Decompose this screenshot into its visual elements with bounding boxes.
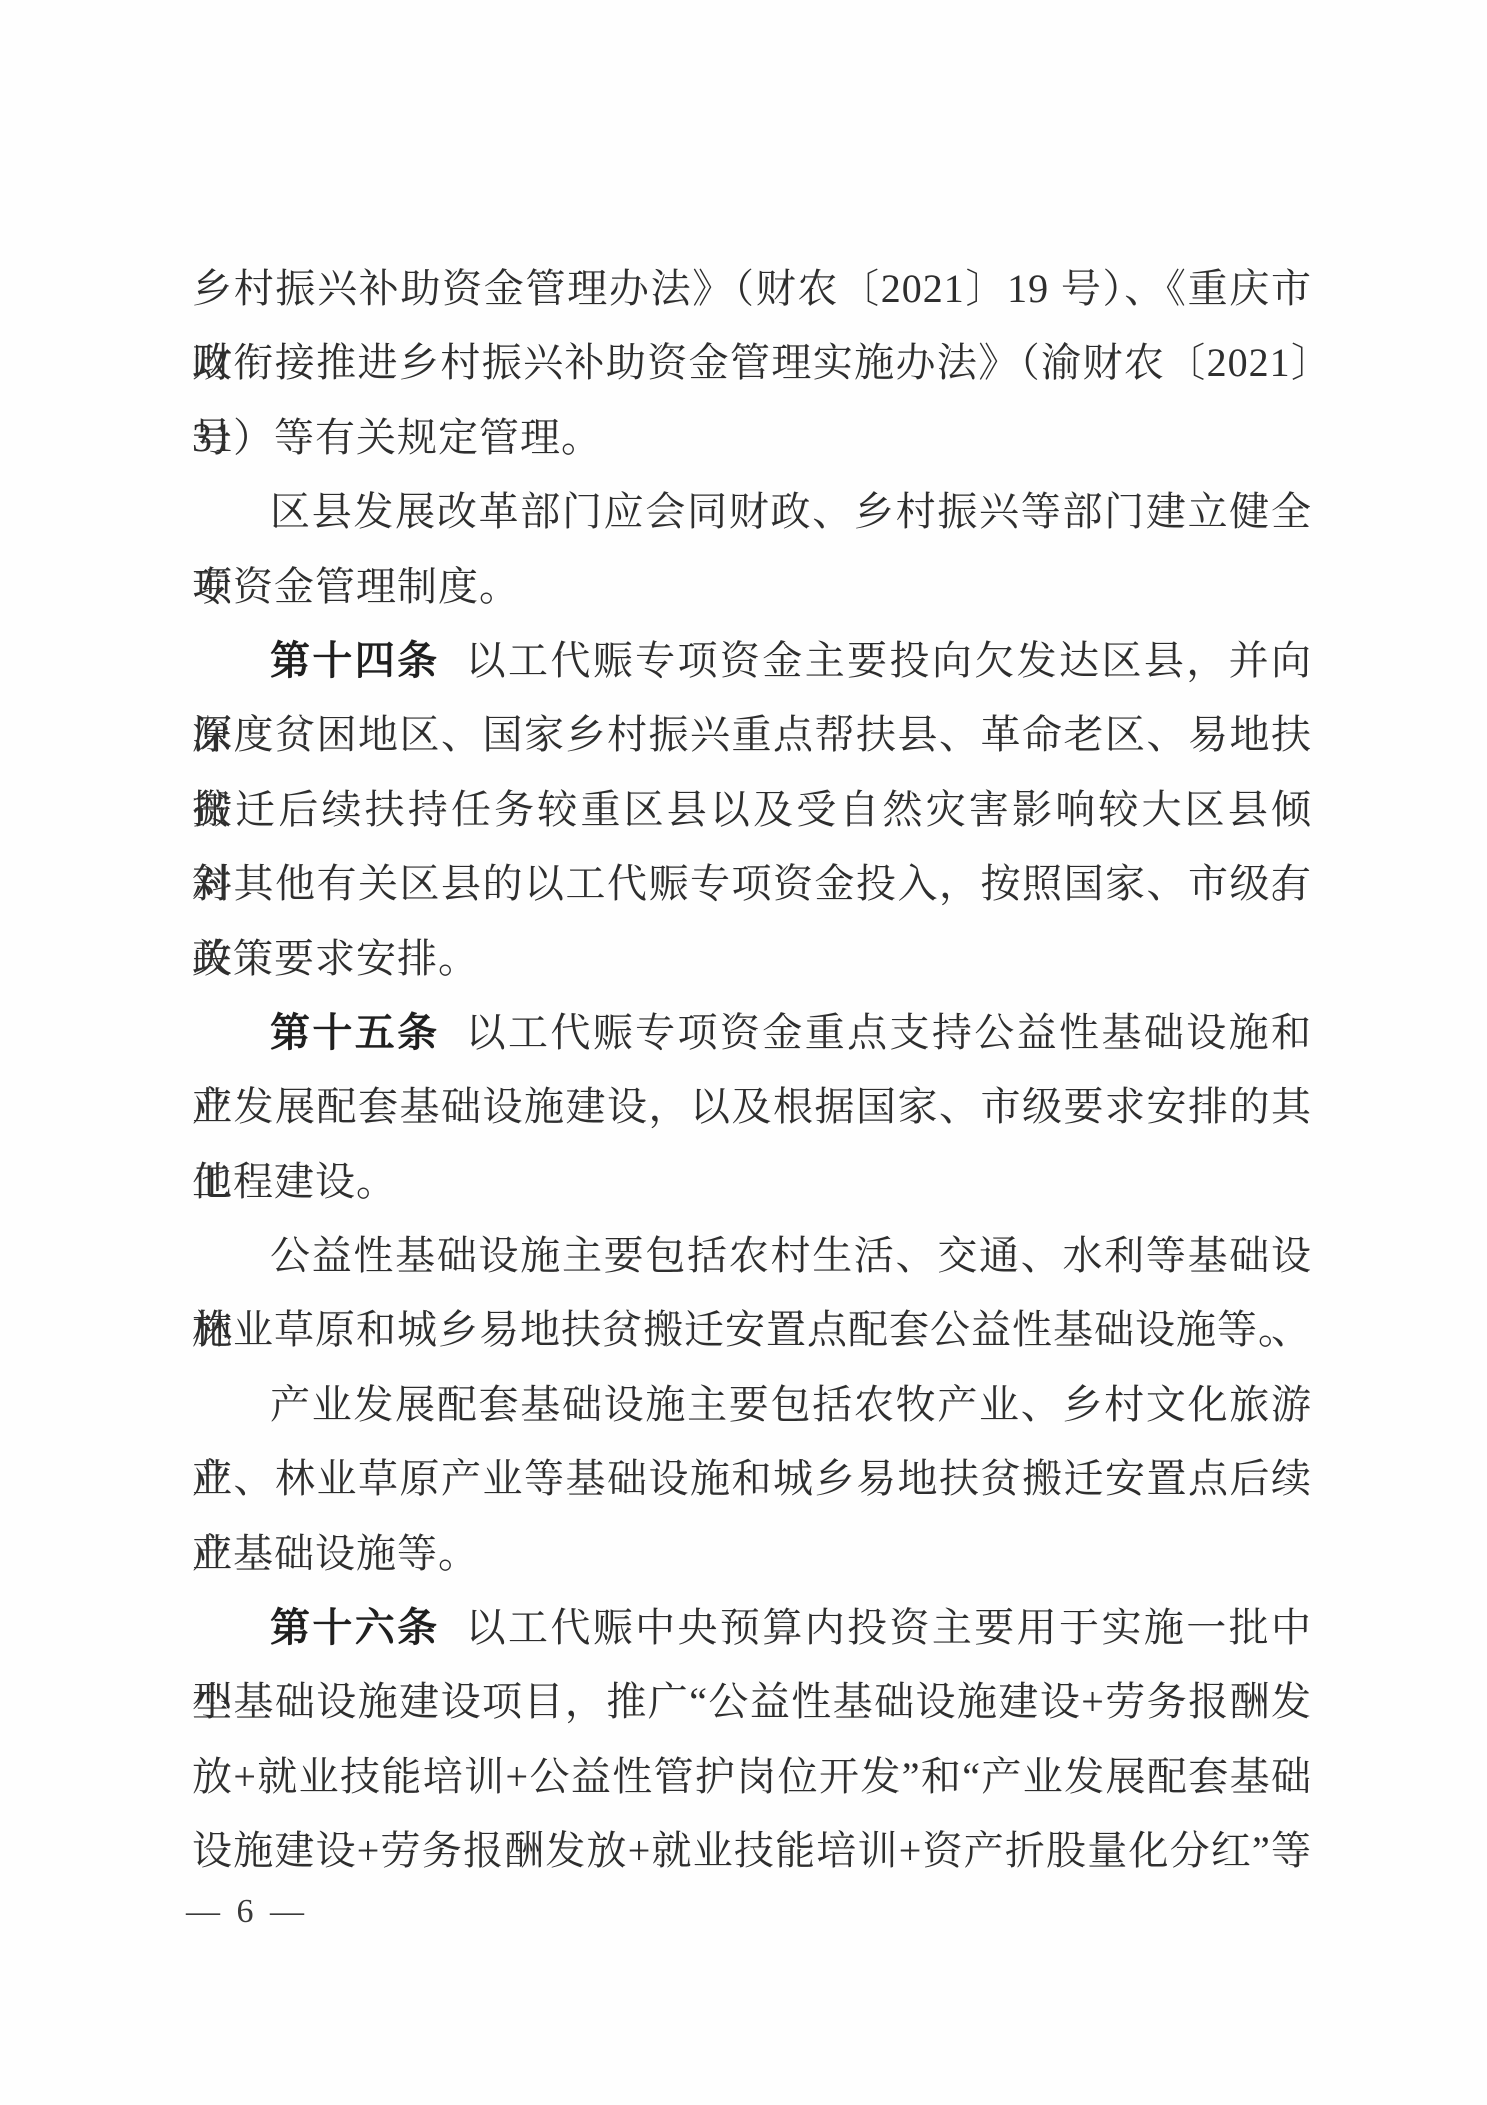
text-line: 型基础设施建设项目，推广“公益性基础设施建设+劳务报酬发 bbox=[192, 1665, 1312, 1739]
document-page: 乡村振兴补助资金管理办法》（财农〔2021〕19 号）、《重庆市财政衔接推进乡村… bbox=[0, 0, 1487, 2105]
text-line: 工程建设。 bbox=[192, 1145, 1312, 1219]
text-line: 深度贫困地区、国家乡村振兴重点帮扶县、革命老区、易地扶贫 bbox=[192, 698, 1312, 772]
text-line: 对其他有关区县的以工代赈专项资金投入，按照国家、市级有关 bbox=[192, 847, 1312, 921]
text-line: 设施建设+劳务报酬发放+就业技能培训+资产折股量化分红”等 bbox=[192, 1814, 1312, 1888]
text-line: 业、林业草原产业等基础设施和城乡易地扶贫搬迁安置点后续产 bbox=[192, 1442, 1312, 1516]
document-body: 乡村振兴补助资金管理办法》（财农〔2021〕19 号）、《重庆市财政衔接推进乡村… bbox=[192, 252, 1312, 1889]
line-text: 项资金管理制度。 bbox=[192, 564, 520, 609]
text-line: 乡村振兴补助资金管理办法》（财农〔2021〕19 号）、《重庆市财 bbox=[192, 252, 1312, 326]
article-number: 第十四条 bbox=[270, 638, 440, 683]
page-number: — 6 — bbox=[186, 1893, 308, 1931]
text-line: 区县发展改革部门应会同财政、乡村振兴等部门建立健全专 bbox=[192, 475, 1312, 549]
article-number: 第十六条 bbox=[270, 1605, 440, 1650]
text-line: 第十四条以工代赈专项资金主要投向欠发达区县，并向原 bbox=[192, 624, 1312, 698]
text-line: 业发展配套基础设施建设，以及根据国家、市级要求安排的其他 bbox=[192, 1070, 1312, 1144]
text-line: 业基础设施等。 bbox=[192, 1517, 1312, 1591]
line-text: 设施建设+劳务报酬发放+就业技能培训+资产折股量化分红”等 bbox=[192, 1828, 1312, 1873]
text-line: 政策要求安排。 bbox=[192, 922, 1312, 996]
text-line: 公益性基础设施主要包括农村生活、交通、水利等基础设施、 bbox=[192, 1219, 1312, 1293]
text-line: 号）等有关规定管理。 bbox=[192, 401, 1312, 475]
text-line: 产业发展配套基础设施主要包括农牧产业、乡村文化旅游产 bbox=[192, 1368, 1312, 1442]
line-text: 号）等有关规定管理。 bbox=[192, 415, 602, 460]
text-line: 第十五条以工代赈专项资金重点支持公益性基础设施和产 bbox=[192, 996, 1312, 1070]
line-text: 林业草原和城乡易地扶贫搬迁安置点配套公益性基础设施等。 bbox=[192, 1307, 1299, 1352]
line-text: 型基础设施建设项目，推广“公益性基础设施建设+劳务报酬发 bbox=[192, 1679, 1312, 1724]
text-line: 第十六条以工代赈中央预算内投资主要用于实施一批中小 bbox=[192, 1591, 1312, 1665]
text-line: 搬迁后续扶持任务较重区县以及受自然灾害影响较大区县倾斜。 bbox=[192, 773, 1312, 847]
text-line: 放+就业技能培训+公益性管护岗位开发”和“产业发展配套基础 bbox=[192, 1740, 1312, 1814]
line-text: 业基础设施等。 bbox=[192, 1531, 479, 1576]
line-text: 工程建设。 bbox=[192, 1159, 397, 1204]
text-line: 项资金管理制度。 bbox=[192, 550, 1312, 624]
text-line: 林业草原和城乡易地扶贫搬迁安置点配套公益性基础设施等。 bbox=[192, 1293, 1312, 1367]
line-text: 放+就业技能培训+公益性管护岗位开发”和“产业发展配套基础 bbox=[192, 1754, 1312, 1799]
text-line: 政衔接推进乡村振兴补助资金管理实施办法》（渝财农〔2021〕31 bbox=[192, 326, 1312, 400]
line-text: 政策要求安排。 bbox=[192, 936, 479, 981]
article-number: 第十五条 bbox=[270, 1010, 440, 1055]
